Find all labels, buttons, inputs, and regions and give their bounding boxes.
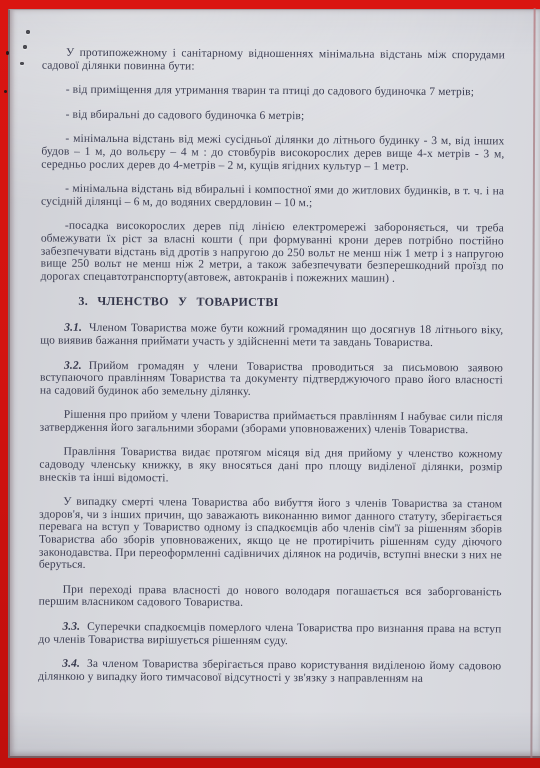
ink-speck: [4, 90, 7, 93]
paragraph-distance-animals: - від приміщення для утримання тварин та…: [42, 84, 505, 99]
staple-hole: [23, 45, 27, 49]
paragraph-distance-compost: - мінімальна відстань від вбиральні і ко…: [41, 183, 504, 211]
clause-3-3: 3.3.Суперечки спадкоємців померлого член…: [38, 621, 501, 649]
paragraph-fire-sanitary-intro: У протипожежному і санітарному відношенн…: [42, 47, 505, 75]
clause-3-4: 3.4.За членом Товариства зберігається пр…: [38, 658, 501, 686]
staple-hole: [26, 30, 30, 34]
paragraph-ownership-transfer: При переході права власності до нового в…: [39, 583, 502, 611]
paragraph-death-or-leaving: У випадку смерті члена Товариства або ви…: [39, 496, 502, 574]
paragraph-trees-powerlines: -посадка високорослих дерев під лінією е…: [41, 220, 504, 286]
paragraph-membership-book: Правління Товариства видає протягом міся…: [39, 446, 502, 487]
document-text: У протипожежному і санітарному відношенн…: [38, 47, 505, 698]
clause-number: 3.3.: [62, 621, 87, 633]
paragraph-distance-boundary: - мінімальна відстань від межі сусідньої…: [41, 133, 504, 174]
scanned-page-screenshot: У протипожежному і санітарному відношенн…: [0, 0, 540, 768]
paragraph-admission-decision: Рішення про прийом у члени Товариства пр…: [40, 409, 503, 437]
staple-hole: [20, 62, 24, 65]
clause-number: 3.4.: [62, 658, 87, 670]
ink-speck: [6, 51, 9, 55]
clause-3-1: 3.1.Членом Товариства може бути кожний г…: [40, 322, 503, 350]
section-heading-membership: 3. ЧЛЕНСТВО У ТОВАРИСТВІ: [40, 295, 503, 311]
paragraph-distance-latrine: - від вбиральні до садового будиночка 6 …: [42, 108, 505, 123]
clause-number: 3.1.: [64, 322, 89, 334]
clause-text: За членом Товариства зберігається право …: [38, 658, 501, 685]
clause-3-2: 3.2.Прийом громадян у члени Товариства п…: [40, 359, 503, 400]
clause-text: Суперечки спадкоємців померлого члена То…: [38, 621, 501, 647]
paper-sheet: У протипожежному і санітарному відношенн…: [8, 9, 540, 758]
clause-text: Членом Товариства може бути кожний грома…: [40, 322, 503, 349]
page-edge-crease: [530, 8, 535, 758]
clause-number: 3.2.: [64, 359, 89, 371]
clause-text: Прийом громадян у члени Товариства прово…: [40, 359, 503, 397]
